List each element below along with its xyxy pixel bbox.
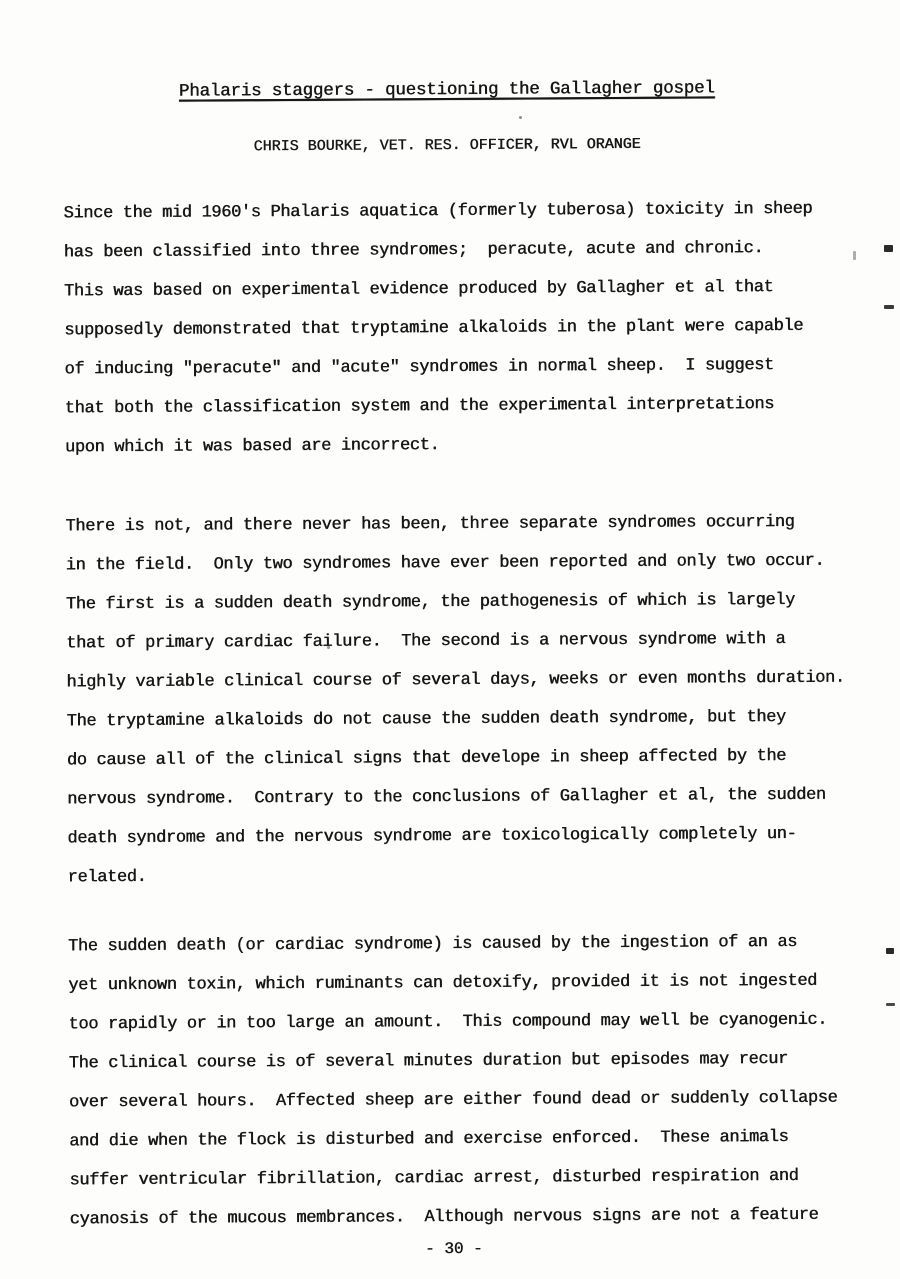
title-row: Phalaris staggers - questioning the Gall… [0,77,897,102]
document-byline: CHRIS BOURKE, VET. RES. OFFICER, RVL ORA… [0,134,897,156]
scan-artifact [327,646,330,649]
scan-artifact [853,251,856,260]
scan-artifact [884,305,894,309]
paragraph-sudden-death: The sudden death (or cardiac syndrome) i… [68,923,854,1240]
scan-artifact [884,245,893,252]
scan-artifact [886,1003,895,1006]
document-title: Phalaris staggers - questioning the Gall… [179,78,715,101]
page-number: - 30 - [4,1237,900,1260]
paragraph-classification: Since the mid 1960's Phalaris aquatica (… [63,190,849,468]
scan-artifact [886,948,894,954]
scan-artifact [519,116,522,119]
paragraph-two-syndromes: There is not, and there never has been, … [65,503,851,898]
scanned-content: Phalaris staggers - questioning the Gall… [0,0,900,1279]
document-page: Phalaris staggers - questioning the Gall… [0,0,900,1279]
